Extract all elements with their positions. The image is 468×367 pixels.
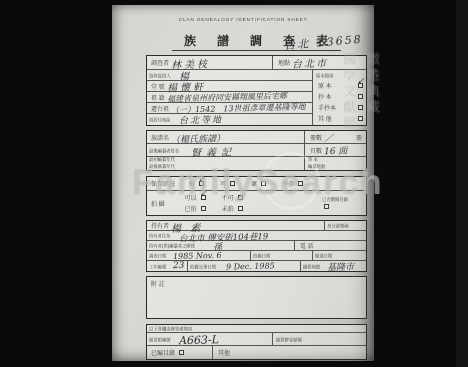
pages-value: 16 面 — [324, 143, 348, 157]
edition-original-label: 原 本 — [316, 81, 334, 90]
fair-checkbox — [230, 181, 235, 186]
film-notdone-checkbox — [238, 206, 243, 211]
film-done-date-value: 9 Dec. 1985 — [226, 261, 275, 271]
compile-place-label: 編纂地點 — [308, 164, 325, 169]
office-header: 以下各欄由辦事處填寫 — [149, 325, 192, 331]
place-label: 地點 — [276, 58, 292, 67]
compiler-row: 最後編纂者姓名 賢義記 頁數 16 面 — [147, 144, 366, 157]
film-allowed-checkbox: ✓ — [201, 195, 206, 200]
pages-label: 頁數 — [308, 146, 324, 155]
survey-form: 調查者 林美枝 地點 台北市 資料提供人 楊 堂 號 — [146, 55, 367, 360]
edition-option-manuscript: 手抄本 — [316, 102, 363, 113]
edition-label: 版 本 — [308, 158, 325, 163]
relation-row: 持有者(與)編纂者之關係 孫 電 話 — [147, 241, 366, 251]
survey-body: 資料提供人 楊 堂 號 楊懷軒 祖 籍 福建省泉州府同安縣翔風里后宅鄉 遷台 — [147, 70, 366, 125]
hall-label: 堂 號 — [149, 82, 167, 91]
other-cell: 其他 — [212, 346, 364, 359]
english-title: CLAN GENEALOGY IDENTIFICATION SHEET — [138, 18, 348, 23]
filming-row: 拍 攝 可以 ✓ 不可 — [147, 191, 366, 215]
checkmark: ✓ — [200, 189, 208, 199]
film-edge-strip — [456, 0, 468, 367]
volumes-value: ／ — [324, 130, 354, 144]
condition-option-poor: 壞 — [249, 179, 266, 188]
edition-other-label: 其 他 — [316, 114, 334, 123]
work-no-value: 23 — [173, 261, 187, 271]
film-notdone-option: 未拍 — [220, 204, 243, 213]
edition-original-checkbox: ✓ — [358, 83, 363, 88]
hall-row: 堂 號 楊懷軒 — [147, 81, 312, 92]
cataloged-checkbox — [179, 350, 184, 355]
aside-label: 已否贈閱目錄 — [322, 198, 352, 203]
first-year-label: 最初編纂年代 — [149, 158, 175, 163]
pages-cell: 頁數 16 面 — [304, 144, 364, 156]
film-notdone-label: 未拍 — [220, 204, 236, 213]
other-label: 其他 — [216, 348, 232, 357]
survey-date-label: 調查日期 — [149, 252, 166, 258]
film-place-value: 基隆市 — [327, 259, 354, 273]
edition-place-labels: 版 本 編纂地點 — [308, 157, 332, 170]
edition-option-copy: 抄 本 — [316, 91, 363, 102]
section-survey: 調查者 林美枝 地點 台北市 資料提供人 楊 堂 號 — [146, 55, 367, 126]
notes-label: 附 註 — [149, 279, 167, 288]
aside-cell: 已否贈閱目錄 — [322, 197, 364, 208]
phone-label: 電 話 — [298, 241, 316, 250]
owner-address-label: 持有者住址 — [149, 232, 171, 238]
volumes-cell: 冊數 ／ 冊 — [304, 131, 364, 143]
residence-label: 現居住地區 — [149, 116, 171, 122]
condition-label: 保存狀況 — [149, 179, 177, 188]
section-owner: 持有者 楊 素 身分證號碼 持有者住址 台北市 傅安街104巷19 持有者(與)… — [146, 220, 367, 272]
film-refused-checkbox — [238, 195, 243, 200]
edition-place-cell: 版 本 編纂地點 — [304, 157, 364, 170]
residence-value: 台北等地 — [179, 112, 223, 126]
origin-label: 祖 籍 — [149, 93, 167, 102]
compile-years-labels: 最初編纂年代 最後修纂年代 — [149, 157, 185, 170]
section-office: 以下各欄由辦事處填寫 圖書館編號 A663-L 縮影膠卷號碼 已編目錄 其他 — [146, 324, 367, 360]
founder-label: 遷台祖 — [149, 104, 171, 113]
edition-header: 版本類別 — [316, 72, 350, 78]
edition-manuscript-label: 手抄本 — [316, 103, 338, 112]
return-date-label: 歸還日期 — [315, 252, 332, 258]
film-place-cell: 攝影地點 基隆市 — [300, 261, 364, 271]
filming-options: 可以 ✓ 不可 已拍 — [167, 192, 322, 214]
edition-option-other: 其 他 — [316, 113, 363, 124]
edition-option-original: 原 本 ✓ — [316, 80, 363, 91]
library-no-value: A663-L — [179, 331, 272, 346]
residence-row: 現居住地區 台北等地 — [147, 114, 312, 125]
checkmark: ✓ — [198, 175, 206, 185]
last-year-label: 最後修纂年代 — [149, 164, 175, 169]
library-no-row: 圖書館編號 A663-L 縮影膠卷號碼 — [147, 333, 366, 346]
document-page: CLAN GENEALOGY IDENTIFICATION SHEET 族 譜 … — [112, 5, 374, 361]
good-label: 好 — [187, 179, 197, 188]
poor-label: 壞 — [249, 179, 259, 188]
section-condition: 保存狀況 好 ✓ 可 壞 不全 — [146, 176, 367, 216]
film-refused-label: 不可 — [220, 193, 236, 202]
edition-copy-label: 抄 本 — [316, 92, 334, 101]
film-no-cell: 縮影膠卷號碼 — [272, 333, 364, 345]
survey-left-column: 資料提供人 楊 堂 號 楊懷軒 祖 籍 福建省泉州府同安縣翔風里后宅鄉 遷台 — [147, 70, 312, 125]
compile-years-row: 最初編纂年代 最後修纂年代 版 本 編纂地點 — [147, 157, 366, 170]
work-no-label: 工作編號 — [149, 263, 166, 269]
volumes-unit: 冊 — [354, 133, 364, 142]
incomplete-label: 不全 — [280, 179, 296, 188]
edition-copy-checkbox — [358, 94, 363, 99]
surveyor-label: 調查者 — [149, 58, 171, 67]
aside-checkbox — [324, 204, 329, 209]
condition-row: 保存狀況 好 ✓ 可 壞 不全 — [147, 177, 366, 191]
provider-label: 資料提供人 — [149, 72, 171, 78]
survey-date-value: 1985 Nov. 6 — [173, 250, 250, 261]
film-date-label: 拍攝日期 — [253, 252, 270, 258]
section-genealogy: 族譜名 （楊氏族譜） 冊數 ／ 冊 最後編纂者姓名 賢義記 頁數 16 面 — [146, 130, 367, 171]
film-place-label: 攝影地點 — [303, 263, 320, 269]
library-no-label: 圖書館編號 — [149, 336, 171, 342]
film-done-checkbox — [201, 206, 206, 211]
relation-label: 持有者(與)編纂者之關係 — [149, 242, 195, 248]
film-allowed-option: 可以 ✓ — [183, 193, 206, 202]
founder-row: 遷台祖 （一）1542 13世祖彥章遷基隆等地 — [147, 103, 312, 114]
film-allowed-label: 可以 — [183, 193, 199, 202]
edition-other-checkbox — [358, 116, 363, 121]
film-no-label: 縮影膠卷號碼 — [276, 336, 302, 342]
place-value: 台北市 — [292, 55, 328, 71]
edition-manuscript-checkbox — [358, 105, 363, 110]
edition-column: 版本類別 原 本 ✓ 抄 本 手抄本 — [312, 70, 366, 125]
filming-label: 拍 攝 — [149, 199, 167, 208]
poor-checkbox — [261, 181, 266, 186]
phone-cell: 電 話 — [294, 241, 364, 250]
incomplete-checkbox — [298, 181, 303, 186]
compiler-label: 最後編纂者姓名 — [149, 147, 179, 153]
fair-label: 可 — [218, 179, 228, 188]
film-date-cell: 拍攝日期 — [250, 251, 312, 260]
place-cell: 地點 台北市 — [272, 56, 364, 69]
microfilm-frame: CLAN GENEALOGY IDENTIFICATION SHEET 族 譜 … — [0, 0, 468, 367]
condition-option-fair: 可 — [218, 179, 235, 188]
volumes-label: 冊數 — [308, 133, 324, 142]
condition-option-good: 好 ✓ — [187, 179, 204, 188]
section-notes: 附 註 — [146, 276, 367, 319]
good-checkbox: ✓ — [199, 181, 204, 186]
condition-option-incomplete: 不全 — [280, 179, 303, 188]
owner-label: 持有者 — [149, 221, 171, 230]
checkmark: ✓ — [357, 77, 365, 87]
film-done-label: 已拍 — [183, 204, 199, 213]
film-done-date-label: 拍攝完畢日期 — [190, 263, 216, 269]
cataloged-row: 已編目錄 其他 — [147, 346, 366, 359]
genealogy-name-label: 族譜名 — [149, 133, 171, 142]
film-done-option: 已拍 — [183, 204, 206, 213]
film-done-cell: 拍攝完畢日期 9 Dec. 1985 — [187, 261, 300, 271]
film-refused-option: 不可 — [220, 193, 243, 202]
cataloged-label: 已編目錄 — [149, 348, 177, 357]
return-date-cell: 歸還日期 — [312, 251, 364, 260]
work-row: 工作編號 23 拍攝完畢日期 9 Dec. 1985 攝影地點 基隆市 — [147, 261, 366, 271]
